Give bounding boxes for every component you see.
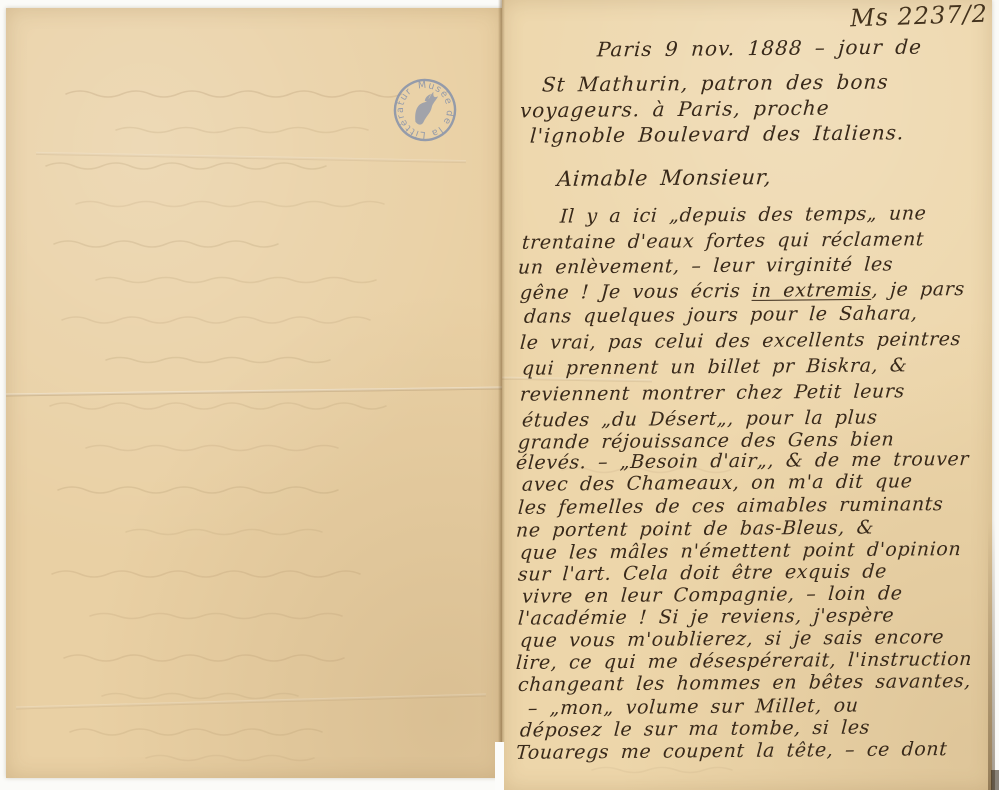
dateline-line-4: l'ignoble Boulevard des Italiens. <box>529 120 905 147</box>
letter-body-line: – „mon„ volume sur Millet, ou <box>527 695 859 720</box>
letter-body-line: gêne ! Je vous écris in extremis, je par… <box>519 278 965 304</box>
scan-edge-shadow <box>991 770 999 790</box>
dateline-line-2: St Mathurin, patron des bons <box>541 69 889 96</box>
body-line-segment: gêne ! Je vous écris <box>519 280 752 304</box>
underlined-phrase: in extremis <box>751 279 872 302</box>
letter-body-line: ne portent point de bas-Bleus, & <box>515 516 874 541</box>
letter-body-line: Il y a ici „depuis des temps„ une <box>559 202 927 227</box>
letter-body-line: les femelles de ces aimables ruminants <box>517 493 944 519</box>
letter-body-line: études „du Désert„, pour la plus <box>521 406 878 431</box>
letter-body-line: changeant les hommes en bêtes savantes, <box>517 670 971 696</box>
letter-body-line: un enlèvement, – leur virginité les <box>517 253 894 278</box>
letter-body-line: que les mâles n'émettent point d'opinion <box>519 538 962 564</box>
center-fold-gap <box>495 742 504 790</box>
letter-scan: Musée de la Littérature Ms 2237/2 Paris … <box>0 0 999 790</box>
center-fold <box>498 0 505 742</box>
letter-body-line: reviennent montrer chez Petit leurs <box>519 380 905 405</box>
salutation: Aimable Monsieur, <box>556 165 772 191</box>
letter-body-line: avec des Chameaux, on m'a dit que <box>521 470 913 495</box>
dateline-line-1: Paris 9 nov. 1888 – jour de <box>596 35 922 62</box>
letter-body-line: sur l'art. Cela doit être exquis de <box>517 560 887 585</box>
letter-body-line: déposez le sur ma tombe, si les <box>519 716 870 741</box>
letter-body-line: dans quelques jours pour le Sahara, <box>523 302 918 327</box>
letter-body-line: qui prennent un billet pr Biskra, & <box>521 354 908 379</box>
body-line-segment: , je pars <box>871 278 965 301</box>
letter-body-line: trentaine d'eaux fortes qui réclament <box>521 228 924 254</box>
letter-page-left: Musée de la Littérature <box>6 8 502 778</box>
letter-body-line: Touaregs me coupent la tête, – ce dont <box>515 738 948 764</box>
dateline-line-3: voyageurs. à Paris, proche <box>519 96 830 123</box>
letter-page-right: Ms 2237/2 Paris 9 nov. 1888 – jour de St… <box>502 0 992 790</box>
letter-body-line: l'académie ! Si je reviens, j'espère <box>517 604 895 629</box>
archive-mark: Ms 2237/2 <box>850 0 989 32</box>
letter-body-line: le vrai, pas celui des excellents peintr… <box>519 328 961 354</box>
